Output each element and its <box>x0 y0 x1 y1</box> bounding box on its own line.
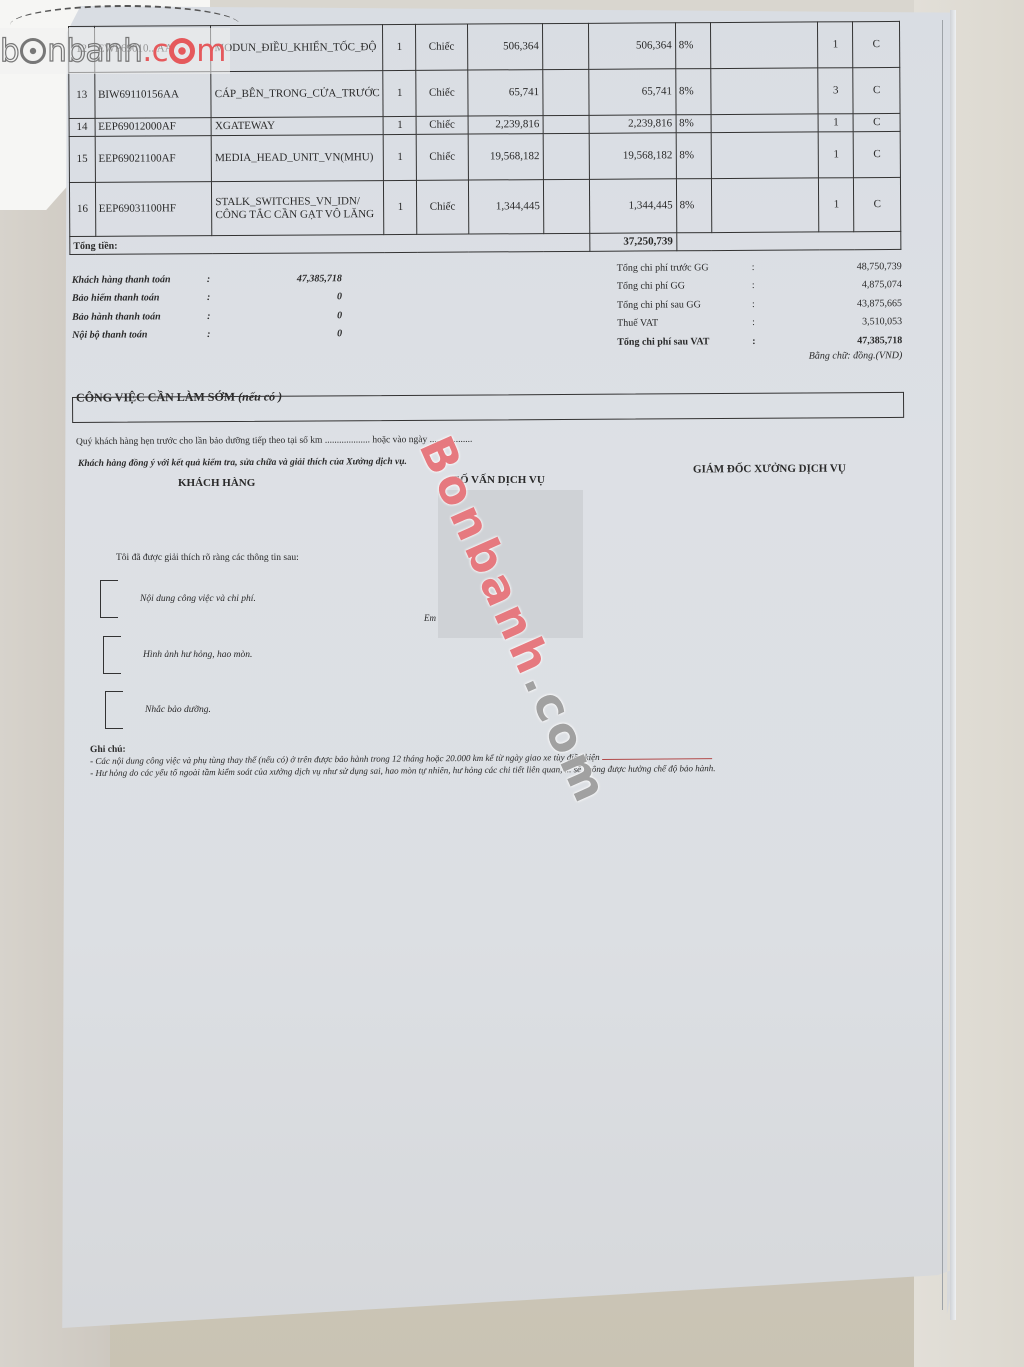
cost-value: 43,875,665 <box>772 298 902 310</box>
cost-label: Tổng chi phí trước GG <box>617 262 752 274</box>
cell-unit: Chiếc <box>416 24 467 70</box>
cell-unit: Chiếc <box>417 180 468 234</box>
cost-row: Tổng chi phí trước GG : 48,750,739 <box>617 257 902 277</box>
colon: : <box>752 317 772 328</box>
cell-unit: Chiếc <box>417 134 468 180</box>
notes-section: Ghi chú: - Các nội dung công việc và phụ… <box>90 739 860 779</box>
cost-value: 48,750,739 <box>772 261 902 273</box>
cell-count: 1 <box>819 178 854 232</box>
payment-value: 47,385,718 <box>227 273 342 285</box>
total-value: 37,250,739 <box>590 233 677 252</box>
cost-row: Tổng chi phí sau GG : 43,875,665 <box>617 294 902 314</box>
cell-blank <box>711 132 819 179</box>
table-row: 13BIW69110156AACÁP_BÊN_TRONG_CỬA_TRƯỚC1C… <box>69 67 900 118</box>
amount-in-words: Bằng chữ: đồng.(VND) <box>617 350 902 363</box>
explained-intro: Tôi đã được giải thích rõ ràng các thông… <box>116 553 299 563</box>
cell-name: STALK_SWITCHES_VN_IDN/ CÔNG TẮC CẦN GẠT … <box>212 181 384 236</box>
cell-amount: 506,364 <box>588 23 675 70</box>
wheel-icon <box>20 38 46 64</box>
payment-label: Khách hàng thanh toán <box>72 274 207 286</box>
watermark-logo: b nbanh .c m <box>0 28 230 74</box>
cell-amount: 65,741 <box>589 69 676 116</box>
cell-price: 1,344,445 <box>468 180 543 234</box>
signature-director-label: GIÁM ĐỐC XƯỞNG DỊCH VỤ <box>693 463 846 476</box>
cell-discount <box>543 179 590 233</box>
signature-customer-label: KHÁCH HÀNG <box>178 477 255 489</box>
advisor-name: Em <box>424 613 436 623</box>
colon: : <box>207 329 227 340</box>
cell-vat: 8% <box>675 69 711 115</box>
payment-row: Nội bộ thanh toán : 0 <box>72 325 342 345</box>
cell-price: 2,239,816 <box>468 116 543 134</box>
payment-label: Nội bộ thanh toán <box>72 329 207 341</box>
cell-vat: 8% <box>676 133 712 179</box>
agreement-text: Khách hàng đồng ý với kết quả kiểm tra, … <box>78 457 407 469</box>
cell-count: 1 <box>819 132 854 178</box>
total-blank <box>676 231 901 250</box>
cell-discount <box>542 69 588 115</box>
cell-qty: 1 <box>383 70 416 116</box>
cell-type: C <box>853 67 900 113</box>
colon: : <box>207 274 227 285</box>
cell-type: C <box>854 177 901 231</box>
cell-vat: 8% <box>676 179 712 233</box>
cost-summary: Tổng chi phí trước GG : 48,750,739 Tổng … <box>617 257 903 362</box>
cell-discount <box>543 133 589 179</box>
cell-qty: 1 <box>384 180 417 234</box>
payment-value: 0 <box>227 291 342 303</box>
cost-value: 4,875,074 <box>772 279 902 291</box>
payment-row: Bảo hành thanh toán : 0 <box>72 306 342 326</box>
cell-code: EEP69031100HF <box>95 182 212 237</box>
checklist-label: Nhắc bảo dưỡng. <box>145 705 211 715</box>
cell-discount <box>542 23 588 69</box>
cell-count: 1 <box>818 114 853 132</box>
checklist-item: Nhắc bảo dưỡng. <box>105 691 211 729</box>
cell-vat: 8% <box>675 23 711 69</box>
cell-code: BIW69110156AA <box>94 72 211 119</box>
checklist-label: Hình ảnh hư hỏng, hao mòn. <box>143 650 252 660</box>
checkbox-bracket-icon[interactable] <box>103 636 121 674</box>
payment-value: 0 <box>227 328 342 340</box>
colon: : <box>752 336 772 347</box>
cell-count: 3 <box>818 68 853 114</box>
cost-row: Thuế VAT : 3,510,053 <box>617 313 902 333</box>
cell-qty: 1 <box>383 24 416 70</box>
cost-label: Tổng chi phí sau GG <box>617 299 752 311</box>
checkbox-bracket-icon[interactable] <box>100 580 118 618</box>
cell-amount: 1,344,445 <box>589 179 676 234</box>
payment-row: Bảo hiểm thanh toán : 0 <box>72 288 342 308</box>
watermark-logo-b: b <box>0 33 19 69</box>
cell-vat: 8% <box>676 115 711 133</box>
cell-name: XGATEWAY <box>211 117 383 136</box>
cost-label: Thuế VAT <box>617 317 752 329</box>
cell-type: C <box>853 113 900 131</box>
cell-discount <box>543 115 589 133</box>
cell-name: CÁP_BÊN_TRONG_CỬA_TRƯỚC <box>211 71 383 118</box>
cell-stt: 15 <box>69 136 95 182</box>
checklist-label: Nội dung công việc và chi phí. <box>140 594 256 604</box>
payment-row: Khách hàng thanh toán : 47,385,718 <box>72 269 342 289</box>
colon: : <box>752 280 772 291</box>
cost-label: Tổng chi phí GG <box>617 280 752 292</box>
early-work-box <box>72 392 904 423</box>
cell-blank <box>711 178 819 233</box>
cell-price: 19,568,182 <box>468 134 543 180</box>
checklist-item: Nội dung công việc và chi phí. <box>100 580 256 618</box>
cell-amount: 19,568,182 <box>589 133 676 180</box>
colon: : <box>207 311 227 322</box>
payment-value: 0 <box>227 310 342 322</box>
cell-qty: 1 <box>383 134 416 180</box>
checkbox-bracket-icon[interactable] <box>105 691 123 729</box>
payment-summary: Khách hàng thanh toán : 47,385,718 Bảo h… <box>72 269 342 345</box>
paper-edge <box>950 10 956 1320</box>
cell-qty: 1 <box>383 116 416 134</box>
cell-code: EEP69021100AF <box>95 136 212 183</box>
cost-value: 3,510,053 <box>772 316 902 328</box>
cell-price: 506,364 <box>467 24 542 70</box>
checklist-item: Hình ảnh hư hỏng, hao mòn. <box>103 636 252 674</box>
cost-label: Tổng chi phí sau VAT <box>617 336 752 348</box>
paper-fold-line <box>942 20 943 1310</box>
table-row: 15EEP69021100AFMEDIA_HEAD_UNIT_VN(MHU)1C… <box>69 131 900 182</box>
cell-name: MEDIA_HEAD_UNIT_VN(MHU) <box>212 135 384 182</box>
cell-stt: 13 <box>69 72 95 118</box>
note-blank <box>602 750 712 760</box>
cell-stt: 14 <box>69 118 95 136</box>
total-label: Tổng tiền: <box>70 233 590 254</box>
cell-unit: Chiếc <box>416 116 467 134</box>
payment-label: Bảo hiểm thanh toán <box>72 292 207 304</box>
cost-value: 47,385,718 <box>772 335 902 347</box>
cell-blank <box>710 22 818 69</box>
cell-price: 65,741 <box>467 70 542 116</box>
cell-blank <box>711 114 819 133</box>
cell-stt: 16 <box>69 182 95 236</box>
cell-blank <box>711 68 819 115</box>
cell-unit: Chiếc <box>416 70 467 116</box>
colon: : <box>207 292 227 303</box>
watermark-logo-mid: nbanh <box>47 33 142 69</box>
cost-row: Tổng chi phí GG : 4,875,074 <box>617 276 902 296</box>
wheel-icon <box>169 38 195 64</box>
colon: : <box>752 299 772 310</box>
colon: : <box>752 262 772 273</box>
cell-amount: 2,239,816 <box>589 115 676 134</box>
cell-type: C <box>853 21 900 67</box>
cell-type: C <box>854 131 901 177</box>
watermark-logo-dot: .c <box>142 33 168 69</box>
watermark-logo-m: m <box>196 33 226 69</box>
cost-row-total: Tổng chi phí sau VAT : 47,385,718 <box>617 331 902 351</box>
cell-code: EEP69012000AF <box>95 118 212 137</box>
table-row: 16EEP69031100HFSTALK_SWITCHES_VN_IDN/ CÔ… <box>69 177 900 236</box>
payment-label: Bảo hành thanh toán <box>72 311 207 323</box>
cell-count: 1 <box>818 22 853 68</box>
